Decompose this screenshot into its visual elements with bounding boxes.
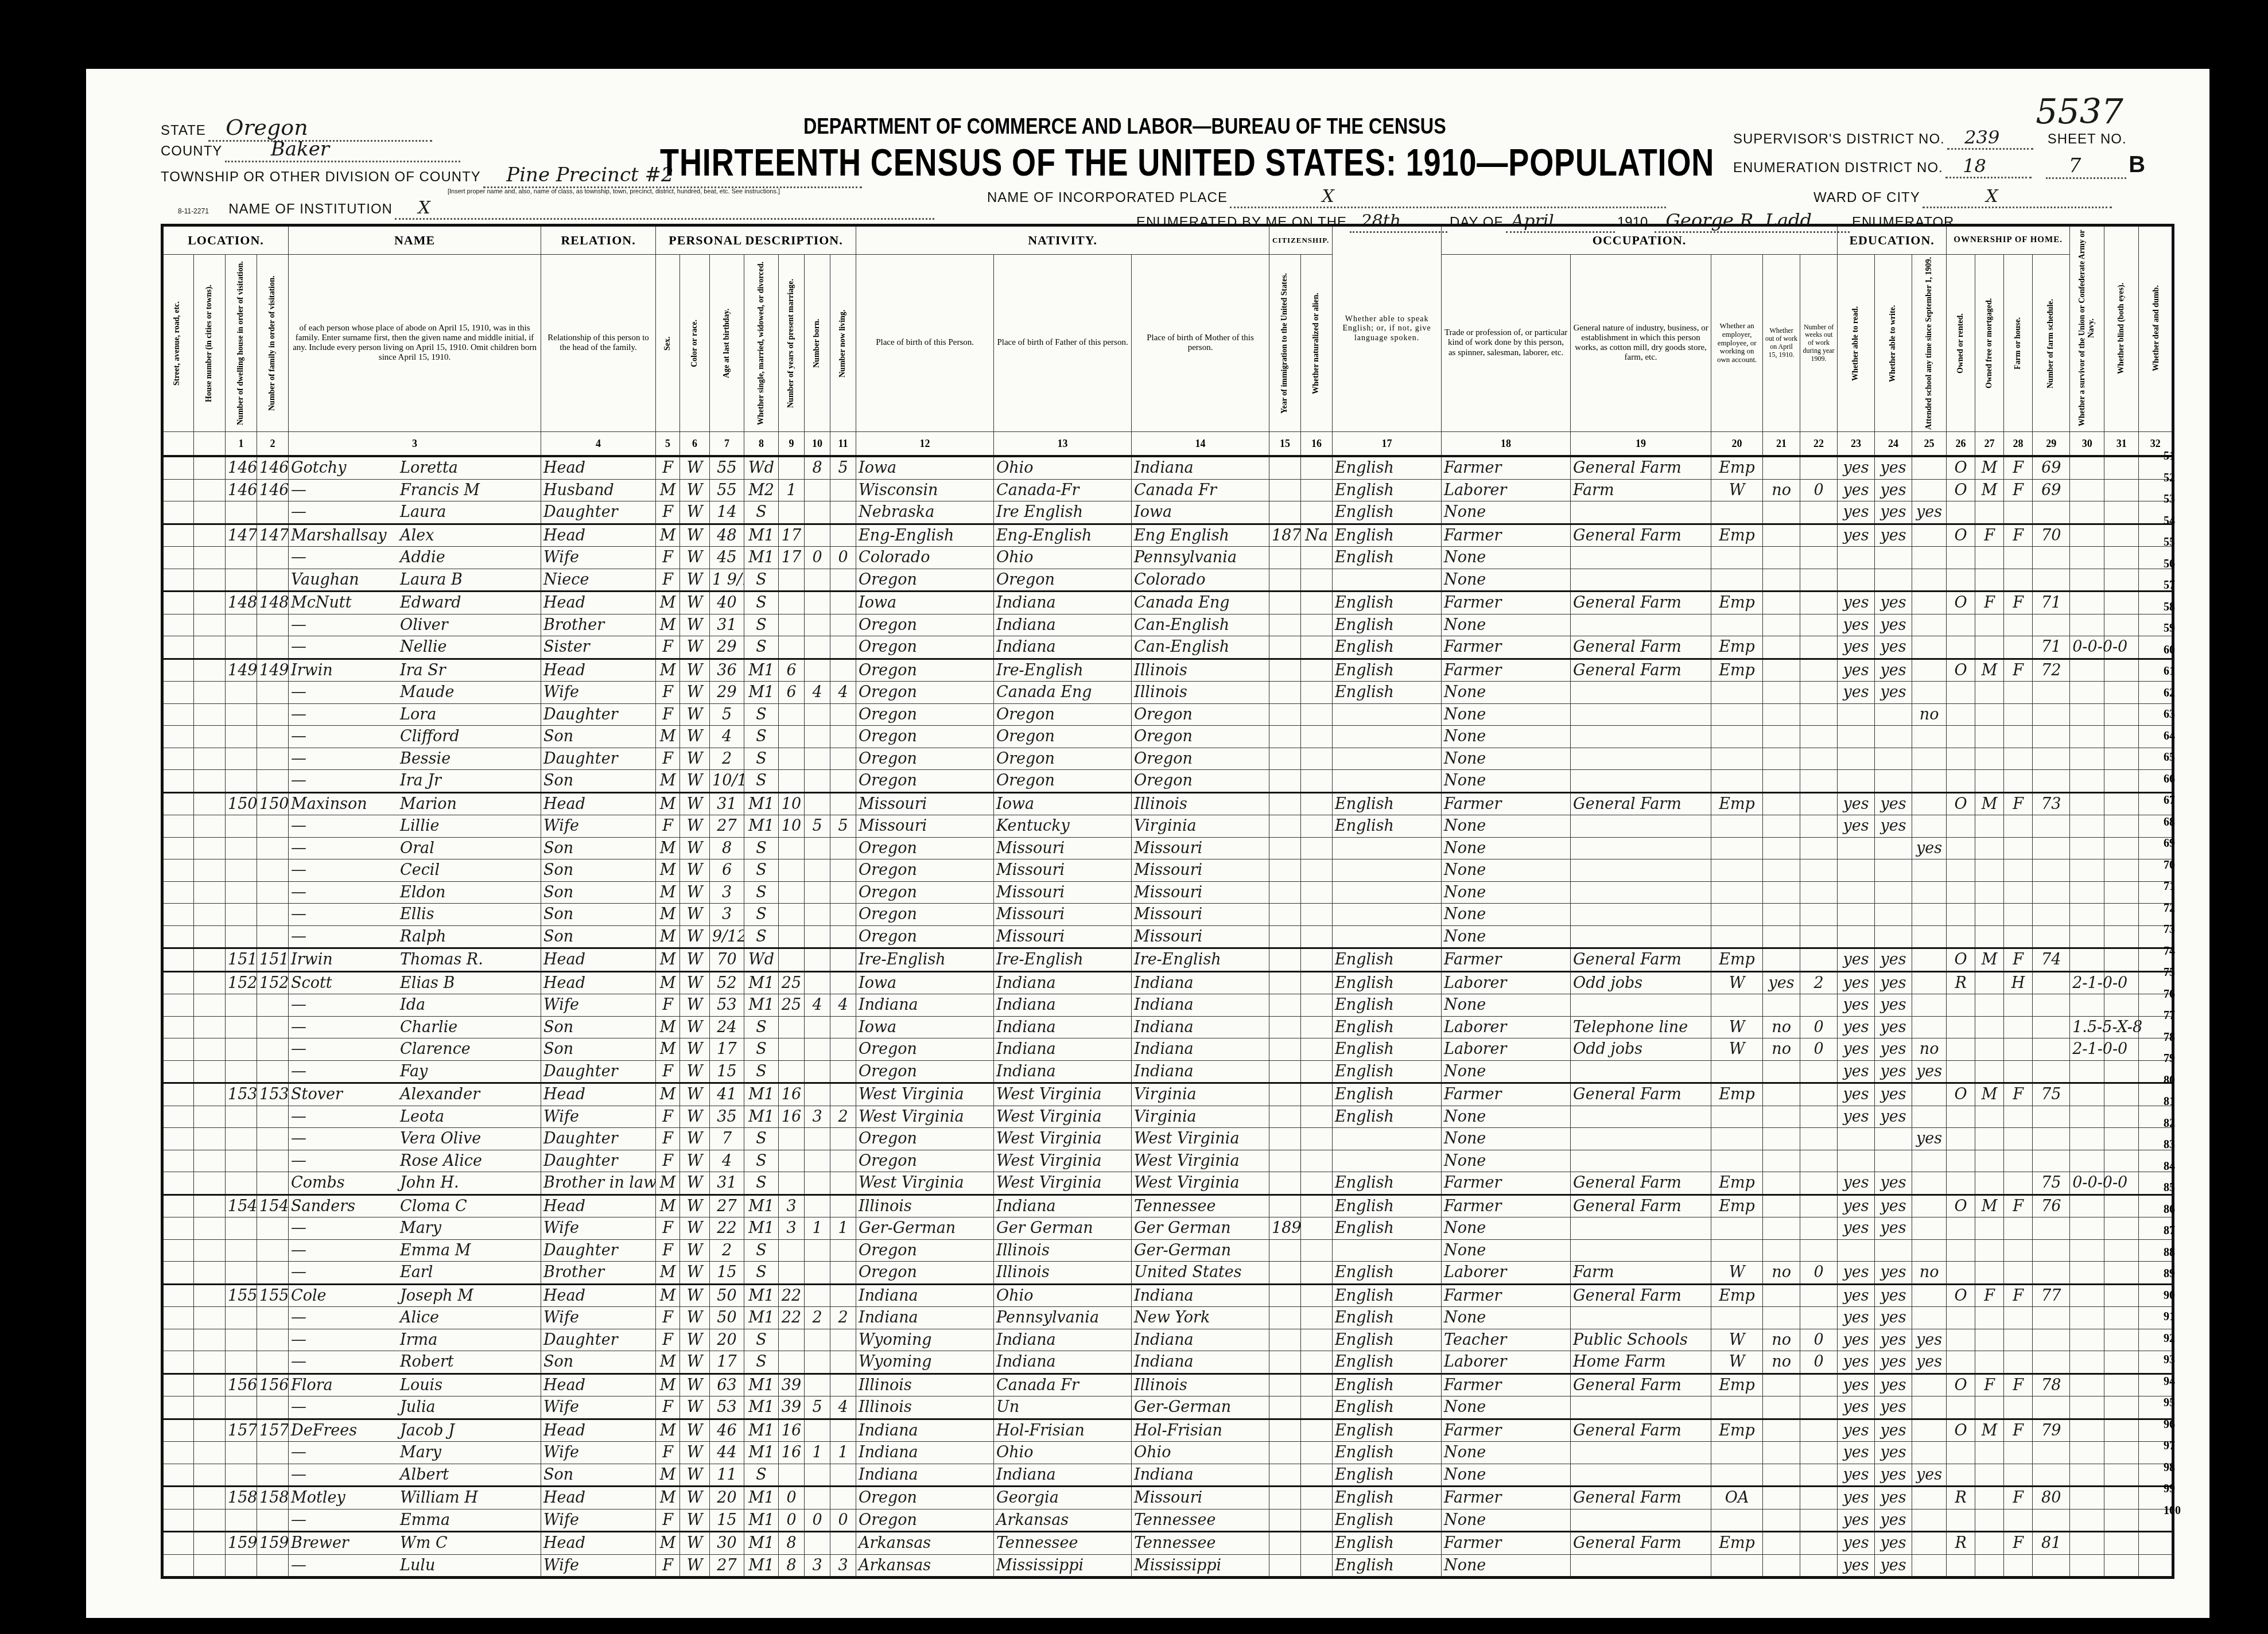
table-row: 150150MaxinsonMarionHeadMW31M110Missouri… (162, 792, 2173, 815)
surname: — (291, 481, 400, 499)
cell-living (830, 1284, 856, 1307)
group-relation: RELATION. (541, 225, 656, 255)
cell-years: 3 (779, 1217, 805, 1240)
cell-nat (1301, 925, 1333, 948)
cell-living: 2 (830, 1307, 856, 1329)
cell-read (1838, 904, 1875, 926)
surname: Stover (291, 1086, 400, 1103)
cell-race: W (680, 1083, 710, 1106)
table-row: CombsJohn H.Brother in lawMW31SWest Virg… (162, 1172, 2173, 1195)
cell-industry: Home Farm (1571, 1351, 1711, 1374)
cell-industry (1571, 614, 1711, 636)
empty-cell (194, 748, 226, 770)
cell-weeks (1800, 659, 1838, 682)
surname: — (291, 861, 400, 879)
cell-industry (1571, 703, 1711, 726)
cell-owned (1947, 1239, 1975, 1262)
cell-race: W (680, 1217, 710, 1240)
cell-years: 6 (779, 659, 805, 682)
line-number: 93 (2164, 1349, 2198, 1371)
empty-cell (2070, 1150, 2104, 1172)
enumeration-no: 18 (1945, 155, 2032, 178)
cell-nat (1301, 837, 1333, 859)
cell-weeks (1800, 1396, 1838, 1419)
table-row: —LillieWifeFW27M11055MissouriKentuckyVir… (162, 815, 2173, 838)
cell-lang: English (1333, 994, 1442, 1017)
cell-read (1838, 770, 1875, 793)
cell-weeks (1800, 1128, 1838, 1150)
cell-out (1763, 1509, 1800, 1532)
cell-school (1912, 904, 1947, 926)
surname: Vaughan (291, 571, 400, 589)
cell-living (830, 904, 856, 926)
cell-dwelling (226, 1016, 257, 1038)
cell-relation: Wife (541, 682, 656, 704)
cell-fh (2004, 1262, 2033, 1285)
cell-born: 4 (805, 682, 830, 704)
cell-age: 5 (710, 703, 744, 726)
empty-cell (2104, 925, 2139, 948)
line-number: 86 (2164, 1199, 2198, 1221)
cell-weeks (1800, 1239, 1838, 1262)
cell-nat (1301, 1195, 1333, 1217)
cell-trade: None (1442, 501, 1571, 524)
cell-living: 0 (830, 547, 856, 569)
cell-family: 153 (257, 1083, 289, 1106)
cell-mort (1975, 636, 2004, 659)
cell-pob: Oregon (856, 1239, 994, 1262)
empty-cell (194, 1106, 226, 1128)
cell-owned: R (1947, 971, 1975, 994)
cell-pob: Missouri (856, 815, 994, 838)
cell-dwelling (226, 547, 257, 569)
cell-weeks: 0 (1800, 1351, 1838, 1374)
cell-fh: H (2004, 971, 2033, 994)
cell-years (779, 1128, 805, 1150)
cell-trade: Laborer (1442, 971, 1571, 994)
empty-cell (2070, 1464, 2104, 1487)
empty-cell (2104, 1374, 2139, 1396)
cell-fh (2004, 881, 2033, 904)
column-number: 27 (1975, 432, 2004, 457)
cell-read: yes (1838, 456, 1875, 479)
cell-pob: Oregon (856, 682, 994, 704)
cell-lang: English (1333, 1195, 1442, 1217)
cell-years (779, 1172, 805, 1195)
surname: — (291, 548, 400, 566)
cell-owned (1947, 1217, 1975, 1240)
empty-cell (2104, 1262, 2139, 1285)
extra-notation: 2-1-0-0 (2070, 1038, 2104, 1061)
empty-cell (162, 1487, 194, 1509)
person-name: MotleyWilliam H (289, 1487, 541, 1509)
cell-lang: English (1333, 659, 1442, 682)
cell-pob_father: Indiana (994, 971, 1132, 994)
cell-sched: 74 (2033, 948, 2070, 972)
cell-age: 31 (710, 1172, 744, 1195)
cell-out (1763, 925, 1800, 948)
cell-fh: F (2004, 659, 2033, 682)
cell-sex: M (656, 592, 680, 614)
cell-pob: Iowa (856, 971, 994, 994)
cell-marital: S (744, 881, 779, 904)
empty-cell (2104, 1150, 2139, 1172)
empty-cell (162, 1038, 194, 1061)
cell-write: yes (1875, 636, 1912, 659)
cell-read: yes (1838, 682, 1875, 704)
cell-school (1912, 547, 1947, 569)
person-name: —Emma M (289, 1239, 541, 1262)
cell-living (830, 1239, 856, 1262)
cell-living (830, 837, 856, 859)
cell-sched (2033, 881, 2070, 904)
cell-write: yes (1875, 1419, 1912, 1442)
empty-cell (2070, 1217, 2104, 1240)
empty-cell (2070, 1239, 2104, 1262)
cell-relation: Daughter (541, 1128, 656, 1150)
cell-industry (1571, 682, 1711, 704)
surname: Maxinson (291, 795, 400, 813)
empty-cell (162, 1284, 194, 1307)
cell-read (1838, 1239, 1875, 1262)
cell-read (1838, 547, 1875, 569)
cell-born (805, 1038, 830, 1061)
cell-age: 36 (710, 659, 744, 682)
cell-age: 22 (710, 1217, 744, 1240)
line-number: 87 (2164, 1220, 2198, 1242)
empty-cell (194, 501, 226, 524)
cell-immig: 1890 (1269, 1217, 1301, 1240)
cell-marital: M1 (744, 1487, 779, 1509)
cell-school (1912, 859, 1947, 882)
cell-pob_mother: Oregon (1132, 748, 1269, 770)
person-name: IrwinIra Sr (289, 659, 541, 682)
cell-write: yes (1875, 592, 1912, 614)
cell-trade: Laborer (1442, 1351, 1571, 1374)
cell-nat (1301, 994, 1333, 1017)
cell-pob_father: Oregon (994, 703, 1132, 726)
cell-age: 40 (710, 592, 744, 614)
cell-pob_mother: Can-English (1132, 636, 1269, 659)
line-number: 75 (2164, 962, 2198, 984)
surname: Combs (291, 1174, 400, 1192)
column-number: 14 (1132, 432, 1269, 457)
cell-living: 3 (830, 1554, 856, 1578)
cell-owned (1947, 925, 1975, 948)
cell-school (1912, 1532, 1947, 1555)
cell-race: W (680, 1016, 710, 1038)
cell-weeks (1800, 726, 1838, 748)
given-name: Mary (400, 1444, 441, 1461)
empty-cell (162, 792, 194, 815)
cell-race: W (680, 592, 710, 614)
empty-cell (162, 614, 194, 636)
cell-mort: M (1975, 479, 2004, 501)
cell-mort (1975, 1106, 2004, 1128)
table-row: 149149IrwinIra SrHeadMW36M16OregonIre-En… (162, 659, 2173, 682)
cell-family (257, 837, 289, 859)
column-number: 25 (1912, 432, 1947, 457)
cell-living: 4 (830, 1396, 856, 1419)
empty-cell (2104, 1217, 2139, 1240)
header-relation: Relationship of this person to the head … (541, 255, 656, 432)
cell-years (779, 1262, 805, 1285)
cell-immig (1269, 815, 1301, 838)
cell-pob_mother: Oregon (1132, 726, 1269, 748)
empty-cell (2104, 1419, 2139, 1442)
cell-dwelling (226, 1239, 257, 1262)
sheet-label: Sheet No. (2048, 131, 2127, 147)
cell-nat (1301, 1532, 1333, 1555)
table-row: —EarlBrotherMW15SOregonIllinoisUnited St… (162, 1262, 2173, 1285)
cell-owned (1947, 1509, 1975, 1532)
cell-age: 52 (710, 971, 744, 994)
cell-industry (1571, 726, 1711, 748)
cell-pob: Illinois (856, 1374, 994, 1396)
cell-owned (1947, 1351, 1975, 1374)
cell-born (805, 1374, 830, 1396)
cell-nat (1301, 881, 1333, 904)
cell-relation: Daughter (541, 1150, 656, 1172)
cell-write: yes (1875, 1464, 1912, 1487)
cell-sched (2033, 748, 2070, 770)
empty-cell (162, 1262, 194, 1285)
surname: — (291, 1040, 400, 1058)
cell-years: 39 (779, 1374, 805, 1396)
cell-sex: M (656, 1374, 680, 1396)
cell-living: 2 (830, 1106, 856, 1128)
cell-out: no (1763, 1329, 1800, 1351)
cell-nat (1301, 1464, 1333, 1487)
cell-dwelling: 149 (226, 659, 257, 682)
given-name: Irma (400, 1331, 437, 1349)
cell-race: W (680, 1374, 710, 1396)
cell-sched: 75 (2033, 1172, 2070, 1195)
cell-class (1711, 726, 1763, 748)
empty-cell (162, 1396, 194, 1419)
cell-race: W (680, 1554, 710, 1578)
cell-nat (1301, 971, 1333, 994)
cell-sched: 81 (2033, 1532, 2070, 1555)
cell-school (1912, 1016, 1947, 1038)
cell-fh (2004, 1307, 2033, 1329)
cell-sched: 80 (2033, 1487, 2070, 1509)
cell-out (1763, 1060, 1800, 1083)
given-name: Emma (400, 1511, 450, 1529)
cell-family (257, 703, 289, 726)
cell-sched (2033, 1150, 2070, 1172)
cell-years (779, 837, 805, 859)
cell-read: yes (1838, 1487, 1875, 1509)
cell-class: W (1711, 1262, 1763, 1285)
cell-pob: Oregon (856, 1128, 994, 1150)
person-name: —Emma (289, 1509, 541, 1532)
cell-age: 31 (710, 614, 744, 636)
cell-trade: None (1442, 925, 1571, 948)
surname: — (291, 683, 400, 701)
cell-mort (1975, 1464, 2004, 1487)
cell-family (257, 1509, 289, 1532)
empty-cell (162, 948, 194, 972)
surname: — (291, 616, 400, 634)
cell-mort (1975, 748, 2004, 770)
given-name: Robert (400, 1353, 454, 1371)
cell-nat (1301, 1284, 1333, 1307)
cell-pob_father: West Virginia (994, 1172, 1132, 1195)
surname: Gotchy (291, 459, 400, 477)
given-name: Wm C (400, 1534, 448, 1552)
surname: McNutt (291, 594, 400, 612)
cell-out (1763, 1106, 1800, 1128)
cell-living (830, 1262, 856, 1285)
cell-pob_mother: Virginia (1132, 1083, 1269, 1106)
empty-cell (162, 456, 194, 479)
table-row: 158158MotleyWilliam HHeadMW20M10OregonGe… (162, 1487, 2173, 1509)
cell-pob: Indiana (856, 1307, 994, 1329)
cell-write: yes (1875, 1442, 1912, 1464)
cell-pob_mother: Indiana (1132, 994, 1269, 1017)
header-out-of-work: Whether out of work on April 15, 1910. (1763, 255, 1800, 432)
cell-born: 5 (805, 815, 830, 838)
cell-owned (1947, 636, 1975, 659)
person-name: —Vera Olive (289, 1128, 541, 1150)
cell-fh (2004, 1509, 2033, 1532)
cell-nat (1301, 1374, 1333, 1396)
column-number: 19 (1571, 432, 1711, 457)
cell-relation: Head (541, 1374, 656, 1396)
cell-age: 50 (710, 1284, 744, 1307)
cell-class: Emp (1711, 1284, 1763, 1307)
cell-born (805, 726, 830, 748)
cell-lang (1333, 925, 1442, 948)
cell-born: 2 (805, 1307, 830, 1329)
cell-write: yes (1875, 1016, 1912, 1038)
cell-mort: M (1975, 1419, 2004, 1442)
cell-family (257, 925, 289, 948)
cell-dwelling (226, 859, 257, 882)
cell-fh: F (2004, 1487, 2033, 1509)
institution-label: Name of institution (228, 201, 393, 217)
cell-fh (2004, 1150, 2033, 1172)
surname: — (291, 1108, 400, 1126)
cell-owned (1947, 815, 1975, 838)
empty-cell (2104, 859, 2139, 882)
line-number: 63 (2164, 704, 2198, 726)
cell-race: W (680, 948, 710, 972)
column-number: 10 (805, 432, 830, 457)
cell-out (1763, 1239, 1800, 1262)
cell-fh (2004, 859, 2033, 882)
table-row: —EmmaWifeFW15M1000OregonArkansasTennesse… (162, 1509, 2173, 1532)
cell-out (1763, 456, 1800, 479)
cell-trade: None (1442, 1509, 1571, 1532)
empty-cell (2104, 479, 2139, 501)
cell-industry: Odd jobs (1571, 1038, 1711, 1061)
cell-relation: Wife (541, 994, 656, 1017)
cell-out (1763, 501, 1800, 524)
cell-class (1711, 994, 1763, 1017)
cell-nat (1301, 792, 1333, 815)
cell-race: W (680, 1106, 710, 1128)
cell-mort: M (1975, 456, 2004, 479)
column-number: 21 (1763, 432, 1800, 457)
cell-trade: None (1442, 1396, 1571, 1419)
cell-lang: English (1333, 792, 1442, 815)
cell-out: no (1763, 1262, 1800, 1285)
cell-school (1912, 726, 1947, 748)
cell-born (805, 948, 830, 972)
cell-dwelling (226, 1106, 257, 1128)
cell-fh (2004, 1329, 2033, 1351)
cell-industry: General Farm (1571, 659, 1711, 682)
cell-industry (1571, 1128, 1711, 1150)
supervisor-label: Supervisor's District No. (1733, 131, 1945, 147)
table-row: —CliffordSonMW4SOregonOregonOregonNone (162, 726, 2173, 748)
cell-living (830, 1060, 856, 1083)
given-name: Clarence (400, 1040, 471, 1058)
empty-cell (162, 592, 194, 614)
cell-pob: Oregon (856, 636, 994, 659)
cell-mort (1975, 770, 2004, 793)
cell-years: 0 (779, 1487, 805, 1509)
cell-owned: O (1947, 1374, 1975, 1396)
cell-class: OA (1711, 1487, 1763, 1509)
cell-immig (1269, 1284, 1301, 1307)
cell-family (257, 1217, 289, 1240)
cell-pob_mother: Eng English (1132, 524, 1269, 547)
enumeration-field: Enumeration District No. 18 7 B (1733, 152, 2145, 179)
cell-sched (2033, 569, 2070, 592)
cell-mort (1975, 547, 2004, 569)
cell-class: W (1711, 1016, 1763, 1038)
cell-relation: Son (541, 904, 656, 926)
cell-living: 1 (830, 1442, 856, 1464)
cell-pob: Oregon (856, 659, 994, 682)
cell-living (830, 1083, 856, 1106)
cell-pob: Iowa (856, 456, 994, 479)
cell-pob_mother: Canada Fr (1132, 479, 1269, 501)
empty-cell (2070, 1284, 2104, 1307)
table-row: 152152ScottElias BHeadMW52M125IowaIndian… (162, 971, 2173, 994)
cell-lang: English (1333, 1284, 1442, 1307)
cell-race: W (680, 1150, 710, 1172)
given-name: Eldon (400, 884, 445, 901)
cell-years (779, 770, 805, 793)
cell-immig (1269, 682, 1301, 704)
cell-pob: Indiana (856, 1284, 994, 1307)
line-number: 56 (2164, 554, 2198, 575)
table-row: —ClarenceSonMW17SOregonIndianaIndianaEng… (162, 1038, 2173, 1061)
header-age: Age at last birthday. (710, 255, 744, 432)
cell-mort (1975, 994, 2004, 1017)
header-employer: Whether an employer, employee, or workin… (1711, 255, 1763, 432)
cell-immig (1269, 1016, 1301, 1038)
cell-family (257, 815, 289, 838)
cell-weeks (1800, 1195, 1838, 1217)
cell-school: yes (1912, 1128, 1947, 1150)
given-name: Francis M (400, 481, 480, 499)
empty-cell (2070, 479, 2104, 501)
cell-out (1763, 994, 1800, 1017)
cell-nat (1301, 1083, 1333, 1106)
census-table: LOCATION. NAME RELATION. PERSONAL DESCRI… (161, 224, 2174, 1579)
cell-pob: Arkansas (856, 1532, 994, 1555)
cell-weeks (1800, 1554, 1838, 1578)
cell-read: yes (1838, 994, 1875, 1017)
cell-sched (2033, 726, 2070, 748)
table-row: —OliverBrotherMW31SOregonIndianaCan-Engl… (162, 614, 2173, 636)
cell-immig (1269, 837, 1301, 859)
